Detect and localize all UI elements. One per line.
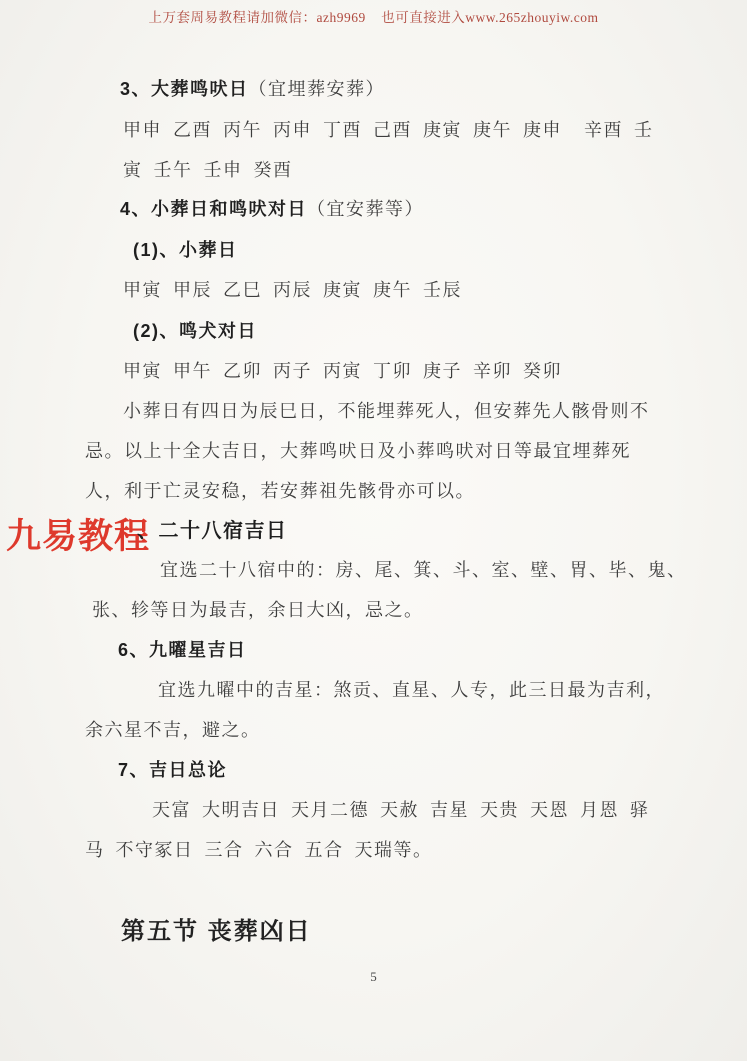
section4-sub2-heading: (2)、鸣犬对日 — [133, 321, 257, 343]
section4-heading: 4、小葬日和鸣吠对日（宜安葬等） — [120, 199, 424, 221]
section4-note-line3: 人，利于亡灵安稳，若安葬祖先骸骨亦可以。 — [85, 481, 475, 503]
section4-sub1-heading: (1)、小葬日 — [133, 240, 238, 262]
page-number: 5 — [0, 969, 747, 985]
section5-para-line1: 宜选二十八宿中的：房、尾、箕、斗、室、壁、胃、毕、鬼、 — [160, 560, 687, 582]
section4-heading-note: （宜安葬等） — [307, 199, 424, 219]
section4-note-line1: 小葬日有四日为辰巳日，不能埋葬死人，但安葬先人骸骨则不 — [123, 401, 650, 423]
promo-header-text: 上万套周易教程请加微信：azh9969 也可直接进入www.265zhouyiw… — [0, 6, 747, 26]
section3-days-line2: 寅 壬午 壬申 癸酉 — [123, 160, 293, 182]
jiuyi-logo-watermark: 九易教程 — [6, 509, 150, 559]
section5-heading: 、二十八宿吉日 — [137, 519, 288, 543]
section6-para-line2: 余六星不吉，避之。 — [85, 720, 261, 742]
section5-para-line2: 张、轸等日为最吉，余日大凶，忌之。 — [92, 600, 424, 622]
section4-note-line2: 忌。以上十全大吉日，大葬鸣吠日及小葬鸣吠对日等最宜埋葬死 — [85, 441, 631, 463]
section3-days-line1: 甲申 乙酉 丙午 丙申 丁酉 己酉 庚寅 庚午 庚申 辛酉 壬 — [123, 120, 654, 142]
section4-heading-bold: 4、小葬日和鸣吠对日 — [120, 199, 307, 219]
section7-para-line1: 天富 大明吉日 天月二德 天赦 吉星 天贵 天恩 月恩 驿 — [152, 800, 650, 822]
section6-para-line1: 宜选九曜中的吉星：煞贡、直星、人专，此三日最为吉利， — [158, 680, 665, 702]
chapter5-heading: 第五节 丧葬凶日 — [121, 911, 312, 946]
section3-heading-bold: 3、大葬鸣吠日 — [120, 79, 249, 99]
section3-heading: 3、大葬鸣吠日（宜埋葬安葬） — [120, 79, 385, 101]
section4-sub2-days: 甲寅 甲午 乙卯 丙子 丙寅 丁卯 庚子 辛卯 癸卯 — [123, 361, 562, 383]
section4-sub1-days: 甲寅 甲辰 乙巳 丙辰 庚寅 庚午 壬辰 — [123, 280, 462, 302]
section7-para-line2: 马 不守冢日 三合 六合 五合 天瑞等。 — [85, 840, 433, 862]
section6-heading: 6、九曜星吉日 — [118, 640, 247, 662]
scanned-document-page: 上万套周易教程请加微信：azh9969 也可直接进入www.265zhouyiw… — [0, 0, 747, 1061]
section3-heading-note: （宜埋葬安葬） — [249, 79, 386, 99]
section7-heading: 7、吉日总论 — [118, 760, 227, 782]
